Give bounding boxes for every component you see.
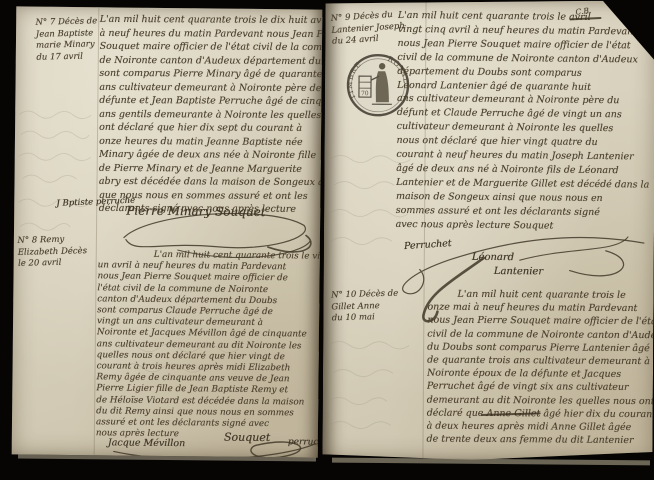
manuscript-line: Minary âgée de deux ans née à Noironte f… — [99, 148, 321, 163]
page-edge — [332, 458, 650, 466]
act-body-entry-9: L'an mil huit cent quarante trois le avr… — [396, 9, 654, 234]
manuscript-line: Souquet maire officier de l'état civil d… — [100, 40, 322, 55]
manuscript-line: Elizabeth Décès — [18, 245, 98, 258]
act-body-entry-10: L'an mil huit cent quarante trois leonze… — [426, 288, 653, 448]
manuscript-line: à neuf heures du matin Pardevant nous Je… — [100, 26, 322, 41]
margin-note-entry-7: N° 7 Décès deJean Baptistemarie Minarydu… — [35, 16, 102, 64]
manuscript-line: Perruchet âgé de vingt six ans cultivate… — [427, 380, 653, 395]
bleedthrough-text — [327, 335, 420, 436]
manuscript-line: abry est décédée dans la maison de Songe… — [99, 175, 321, 190]
manuscript-line: ans gentils demeurante à Noironte les qu… — [99, 107, 321, 122]
scanned-register-spread: N° 7 Décès deJean Baptistemarie Minarydu… — [0, 0, 654, 480]
manuscript-line: du 10 mai — [332, 311, 420, 325]
manuscript-line: sont comparus Pierre Minary âgé de quara… — [99, 67, 321, 82]
left-page: N° 7 Décès deJean Baptistemarie Minarydu… — [12, 6, 323, 457]
bleedthrough-text — [16, 106, 99, 247]
manuscript-line: onze heures du matin Jeanne Baptiste née — [99, 134, 321, 149]
manuscript-line: ont déclaré que hier dix sept du courant… — [99, 121, 321, 136]
act-body-entry-8: L'an mil huit cent quarante trois le vin… — [96, 249, 320, 442]
manuscript-line: ans cultivateur demeurant à Noironte pèr… — [99, 80, 321, 95]
manuscript-line: marie Minary — [36, 39, 102, 52]
manuscript-line: civil de la commune de Noironte canton d… — [427, 327, 653, 342]
manuscript-line: du 17 avril — [36, 51, 102, 64]
stamp-value: 70 — [361, 90, 369, 97]
manuscript-line: demeurant au dit Noironte les quelles no… — [427, 393, 653, 408]
margin-note-entry-10: N° 10 Décès deGillet Annedu 10 mai — [331, 288, 420, 325]
manuscript-line: défunte et Jean Baptiste Perruche âgé de… — [99, 94, 321, 109]
signature-flourish — [108, 431, 322, 457]
manuscript-line: N° 7 Décès de — [35, 16, 101, 29]
manuscript-line: de Noironte canton d'Audeux département … — [99, 53, 321, 68]
manuscript-line: nous Jean Pierre Souquet maire officier … — [427, 314, 653, 329]
act-body-entry-7: L'an mil huit cent quarante trois le dix… — [99, 13, 322, 217]
manuscript-line: de trente deux ans femme du dit Lantenie… — [426, 433, 652, 448]
right-page: 70 TIMBRE ROYAL N° 9 Décès duLantenier J… — [322, 0, 654, 461]
margin-note-entry-8: N° 8 RemyElizabeth Décèsle 20 avril — [17, 234, 98, 270]
manuscript-line: L'an mil huit cent quarante trois le — [458, 288, 654, 303]
manuscript-line: de Pierre Minary et de Jeanne Marguerite — [99, 161, 321, 176]
manuscript-line: le 20 avril — [18, 257, 98, 270]
manuscript-line: L'an mil huit cent quarante trois le dix… — [100, 13, 322, 28]
